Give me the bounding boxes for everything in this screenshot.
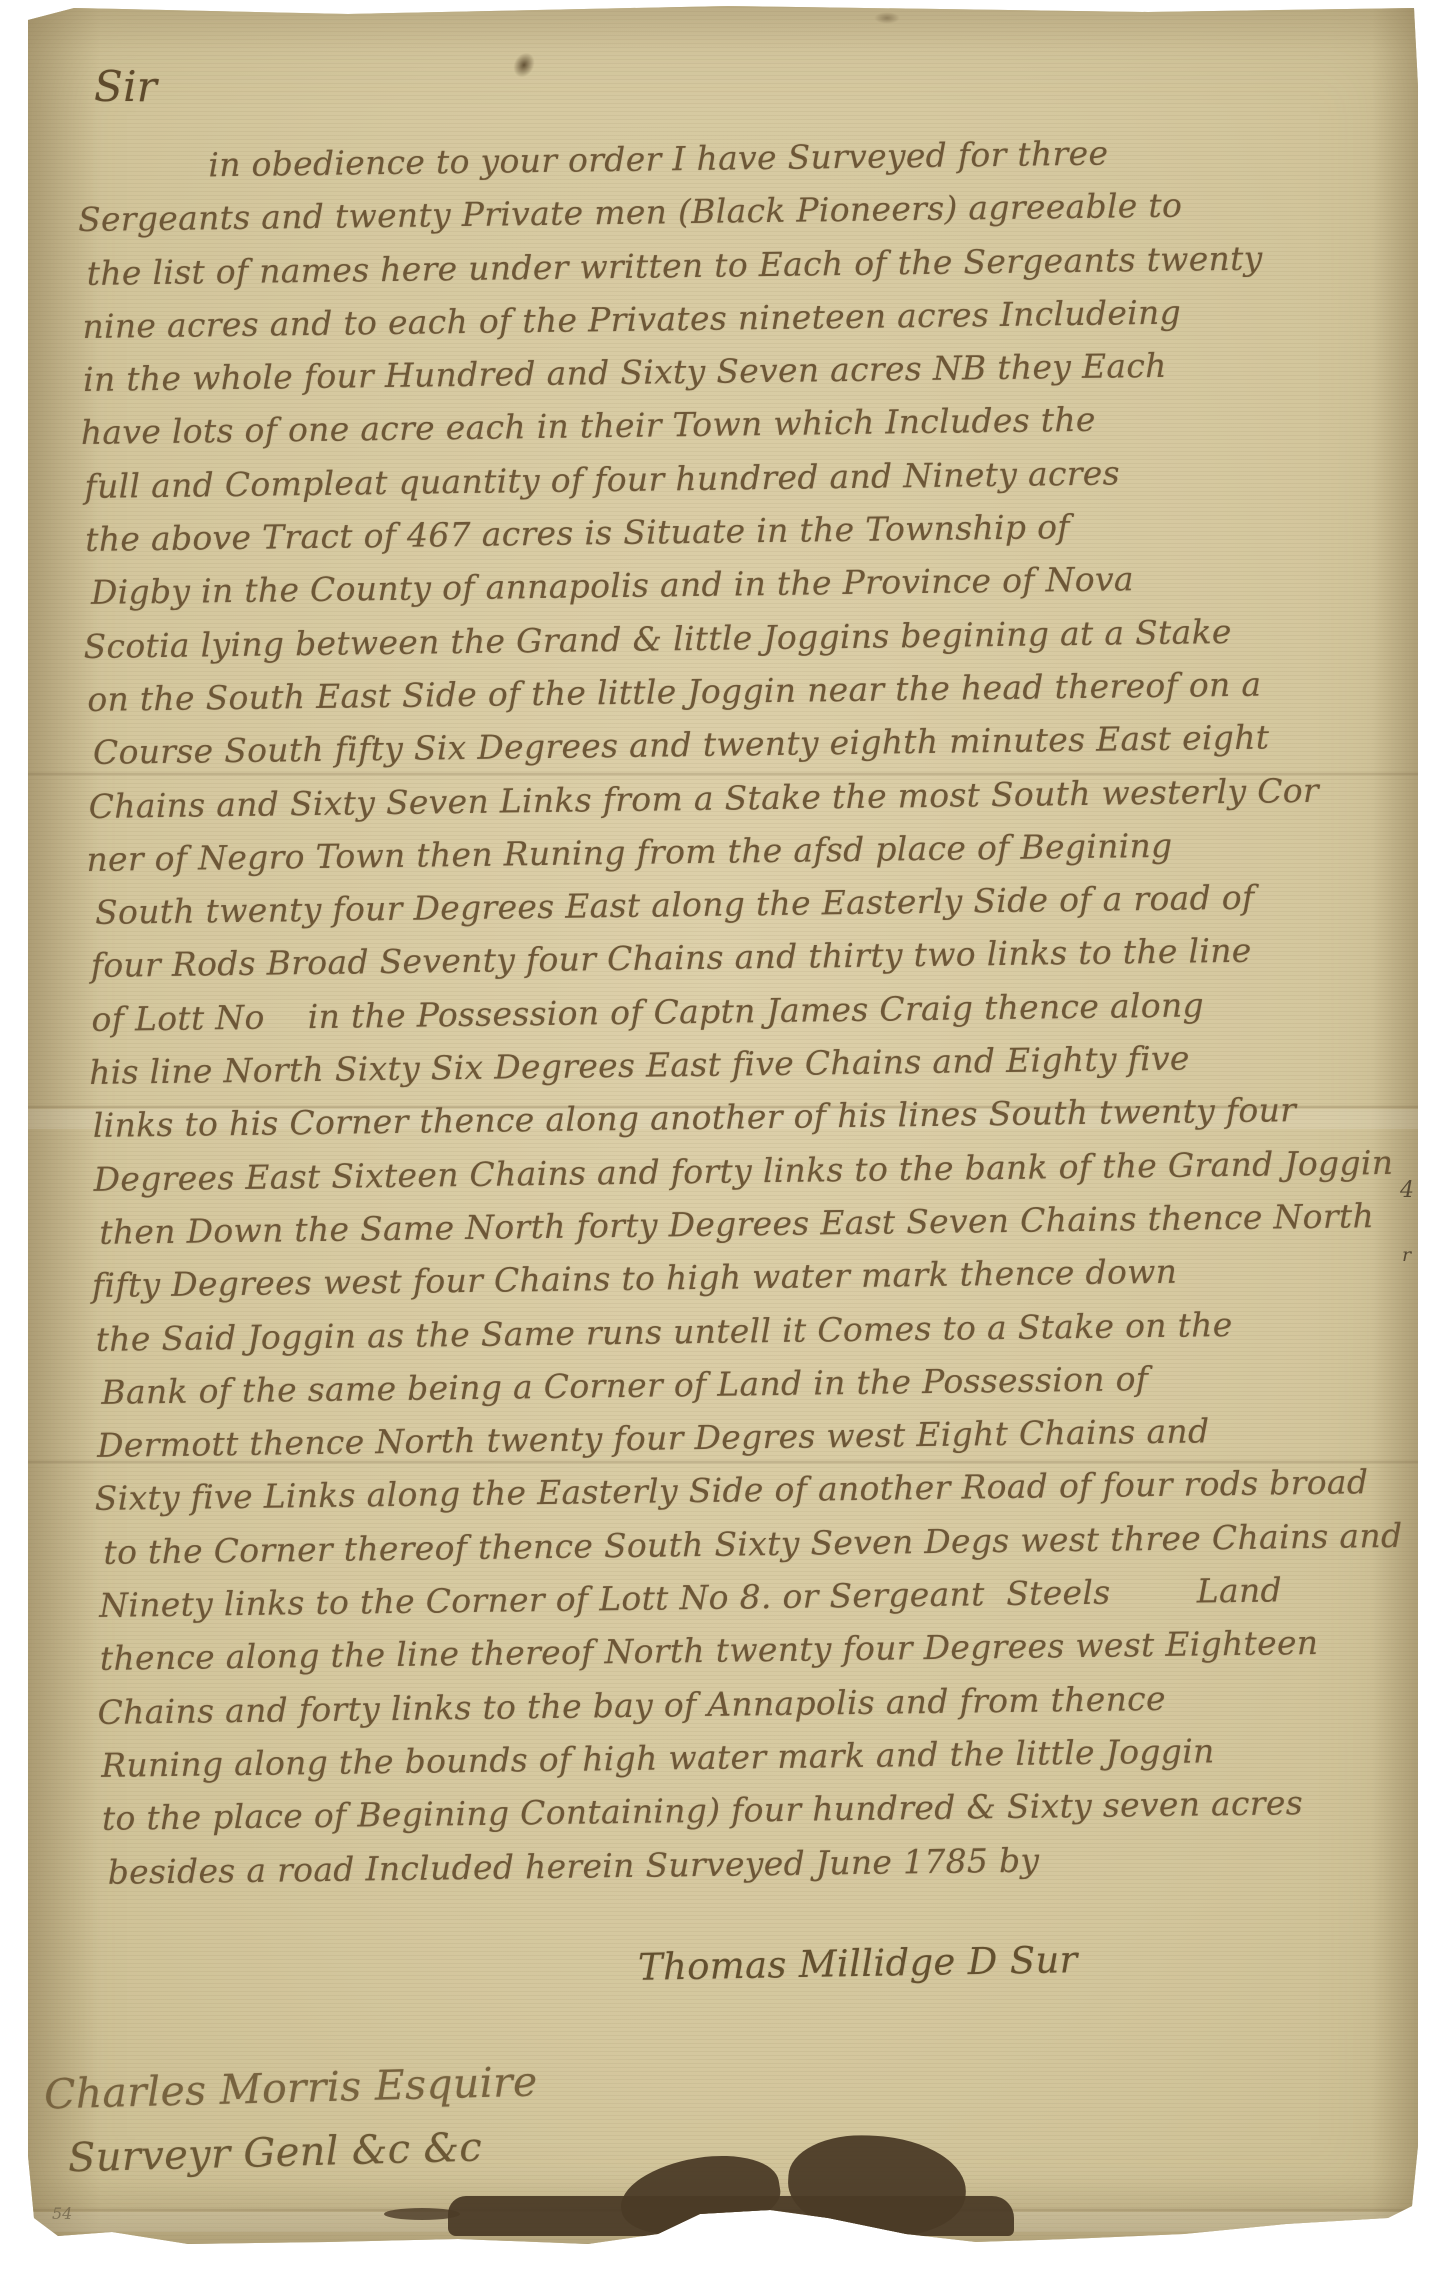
ink-speck [874, 12, 900, 24]
margin-mark: r [1402, 1244, 1411, 1266]
ink-speck [509, 49, 539, 81]
margin-mark: 4 [1400, 1178, 1414, 1203]
signature: Thomas Millidge D Sur [638, 1938, 1078, 1989]
addressee-name: Charles Morris Esquire [43, 2058, 538, 2119]
salutation: Sir [94, 62, 157, 111]
manuscript-body: in obedience to your order I have Survey… [80, 123, 1413, 1899]
page-number-pencil: 54 [52, 2204, 72, 2223]
addressee-title: Surveyr Genl &c &c [67, 2125, 482, 2182]
scanned-document: Sir in obedience to your order I have Su… [0, 0, 1445, 2272]
ink-stain [615, 2146, 785, 2244]
fold-highlight [28, 2212, 1418, 2232]
manuscript-paper: Sir in obedience to your order I have Su… [28, 6, 1418, 2244]
ink-stain [786, 2131, 969, 2240]
